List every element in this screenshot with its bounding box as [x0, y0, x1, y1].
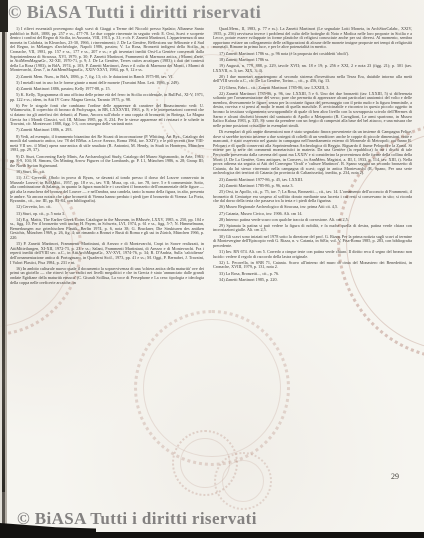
- footnote-paragraph: 25) Orsi, in Apollo, cit., p. 75, tav. 7…: [213, 190, 412, 204]
- scan-edge-spine-line: [2, 32, 5, 492]
- footnote-paragraph: 3) I metalli rari in uso fra le forme gi…: [10, 81, 204, 86]
- footnote-paragraph: 10) Sturt, loc. cit.: [10, 170, 204, 175]
- footnote-paragraph: 27) Catania, Museo Civico, inv. 1906. Al…: [213, 212, 412, 217]
- footnote-paragraph: 22) Zanetti Martinori 1785-86, p. 96, ta…: [213, 92, 412, 129]
- footnote-paragraph: 34) Zanetti Martinori 1985, p. 220.: [213, 278, 412, 283]
- footnote-paragraph: 18) Zanetti Martinori 1786 ss.: [213, 58, 412, 63]
- footnote-paragraph: 4) Zanetti Martinori 1886, passim; Kelly…: [10, 87, 204, 92]
- footnote-paragraph: 19) Augusti, n. 779, 888, p. 229, tavole…: [213, 64, 412, 73]
- footnote-paragraph: 14) E.g. Mattis, The Earlier Greek Coins…: [10, 218, 204, 241]
- copyright-watermark-top: © BiASA Tutti i diritti riservati: [8, 2, 261, 23]
- footnote-paragraph: 31) Inv. RN 674. Alt. cm 5. Corredo a ci…: [213, 250, 412, 259]
- footnotes-column-left: 1) I rilievi essenziali provengono dagli…: [10, 27, 204, 485]
- footnote-paragraph: 5) K. Kelly, Tipogramma di una officina …: [10, 93, 204, 102]
- scan-edge-top-corner: [0, 0, 8, 32]
- library-stamp-inner-ring: [222, 460, 264, 502]
- copyright-watermark-bottom: © BiASA Tutti i diritti riservati: [17, 509, 257, 529]
- page-number: 29: [391, 472, 399, 481]
- footnote-paragraph: 11) J.C. Cervetto, Obolo in prova di Byz…: [10, 176, 204, 204]
- footnote-paragraph: 9) D. Sturt, Concerning Early Mints, An …: [10, 155, 204, 169]
- footnote-paragraph: 15) P. Zanetti Martinori, Frammenti Mart…: [10, 242, 204, 265]
- footnote-paragraph: Di esemplari di più ampie dimensioni non…: [213, 130, 412, 176]
- footnote-paragraph: 20) I due monetari appartengono al secon…: [213, 75, 412, 84]
- footnote-paragraph: 17) Zanetti Martinori 1786 ss., p. 96 no…: [213, 52, 412, 57]
- footnote-paragraph: 26) Museo Regionale Archeologico di Sira…: [213, 205, 412, 210]
- footnote-paragraph: 28) Interno: patina verde scuro con qual…: [213, 218, 412, 223]
- scan-edge-bottom-bar: [0, 532, 424, 538]
- footnote-paragraph: 1) I rilievi essenziali provengono dagli…: [10, 27, 204, 73]
- footnote-paragraph: 24) Zanetti Martinori 1785-86, p. 96, no…: [213, 184, 412, 189]
- footnote-paragraph: 2) Zanetti Mem. Num., in BdA, 1886, p. 7…: [10, 75, 204, 80]
- footnote-paragraph: 23) Zanetti Martinori 1977-86, p. 45, ta…: [213, 178, 412, 183]
- footnote-paragraph: 29) Spianata la patina si può vedere la …: [213, 224, 412, 233]
- footnote-paragraph: 6) Per le singole fonti che cambiano l'o…: [10, 104, 204, 127]
- footnote-paragraph: 8) Vedi, ad esempio, il frammento bizant…: [10, 135, 204, 153]
- footnotes-column-right: Quad.Mem., II, 1983, p. 77 e ss.). La Za…: [213, 27, 412, 457]
- footnote-paragraph: 13) Sturt, op. cit., p. 5 nota 3.: [10, 212, 204, 217]
- footnote-paragraph: 21) Ghera, Fabri... cit.; Zanetti Martin…: [213, 86, 412, 91]
- footnote-paragraph: Quad.Mem., II, 1983, p. 77 e ss.). La Za…: [213, 27, 412, 50]
- footnote-paragraph: 30) Gli scavi sono iniziati nel 1978 sot…: [213, 235, 412, 249]
- footnote-paragraph: 32) L. Pecorella, in SNR 71, Catania. Sc…: [213, 261, 412, 270]
- footnote-paragraph: 7) Zanetti Martinori 1886, n. 293.: [10, 128, 204, 133]
- footnote-paragraph: 33) La Rosa, Bronzetti..., cit., p. 76.: [213, 272, 412, 277]
- scanned-page: © BiASA Tutti i diritti riservati © BiAS…: [0, 0, 424, 538]
- footnote-paragraph: 16) In ambito culturale nuovo quale il d…: [10, 267, 204, 285]
- library-stamp-icon: [214, 452, 272, 510]
- footnote-paragraph: 12) Cervetto, loc. cit.: [10, 205, 204, 210]
